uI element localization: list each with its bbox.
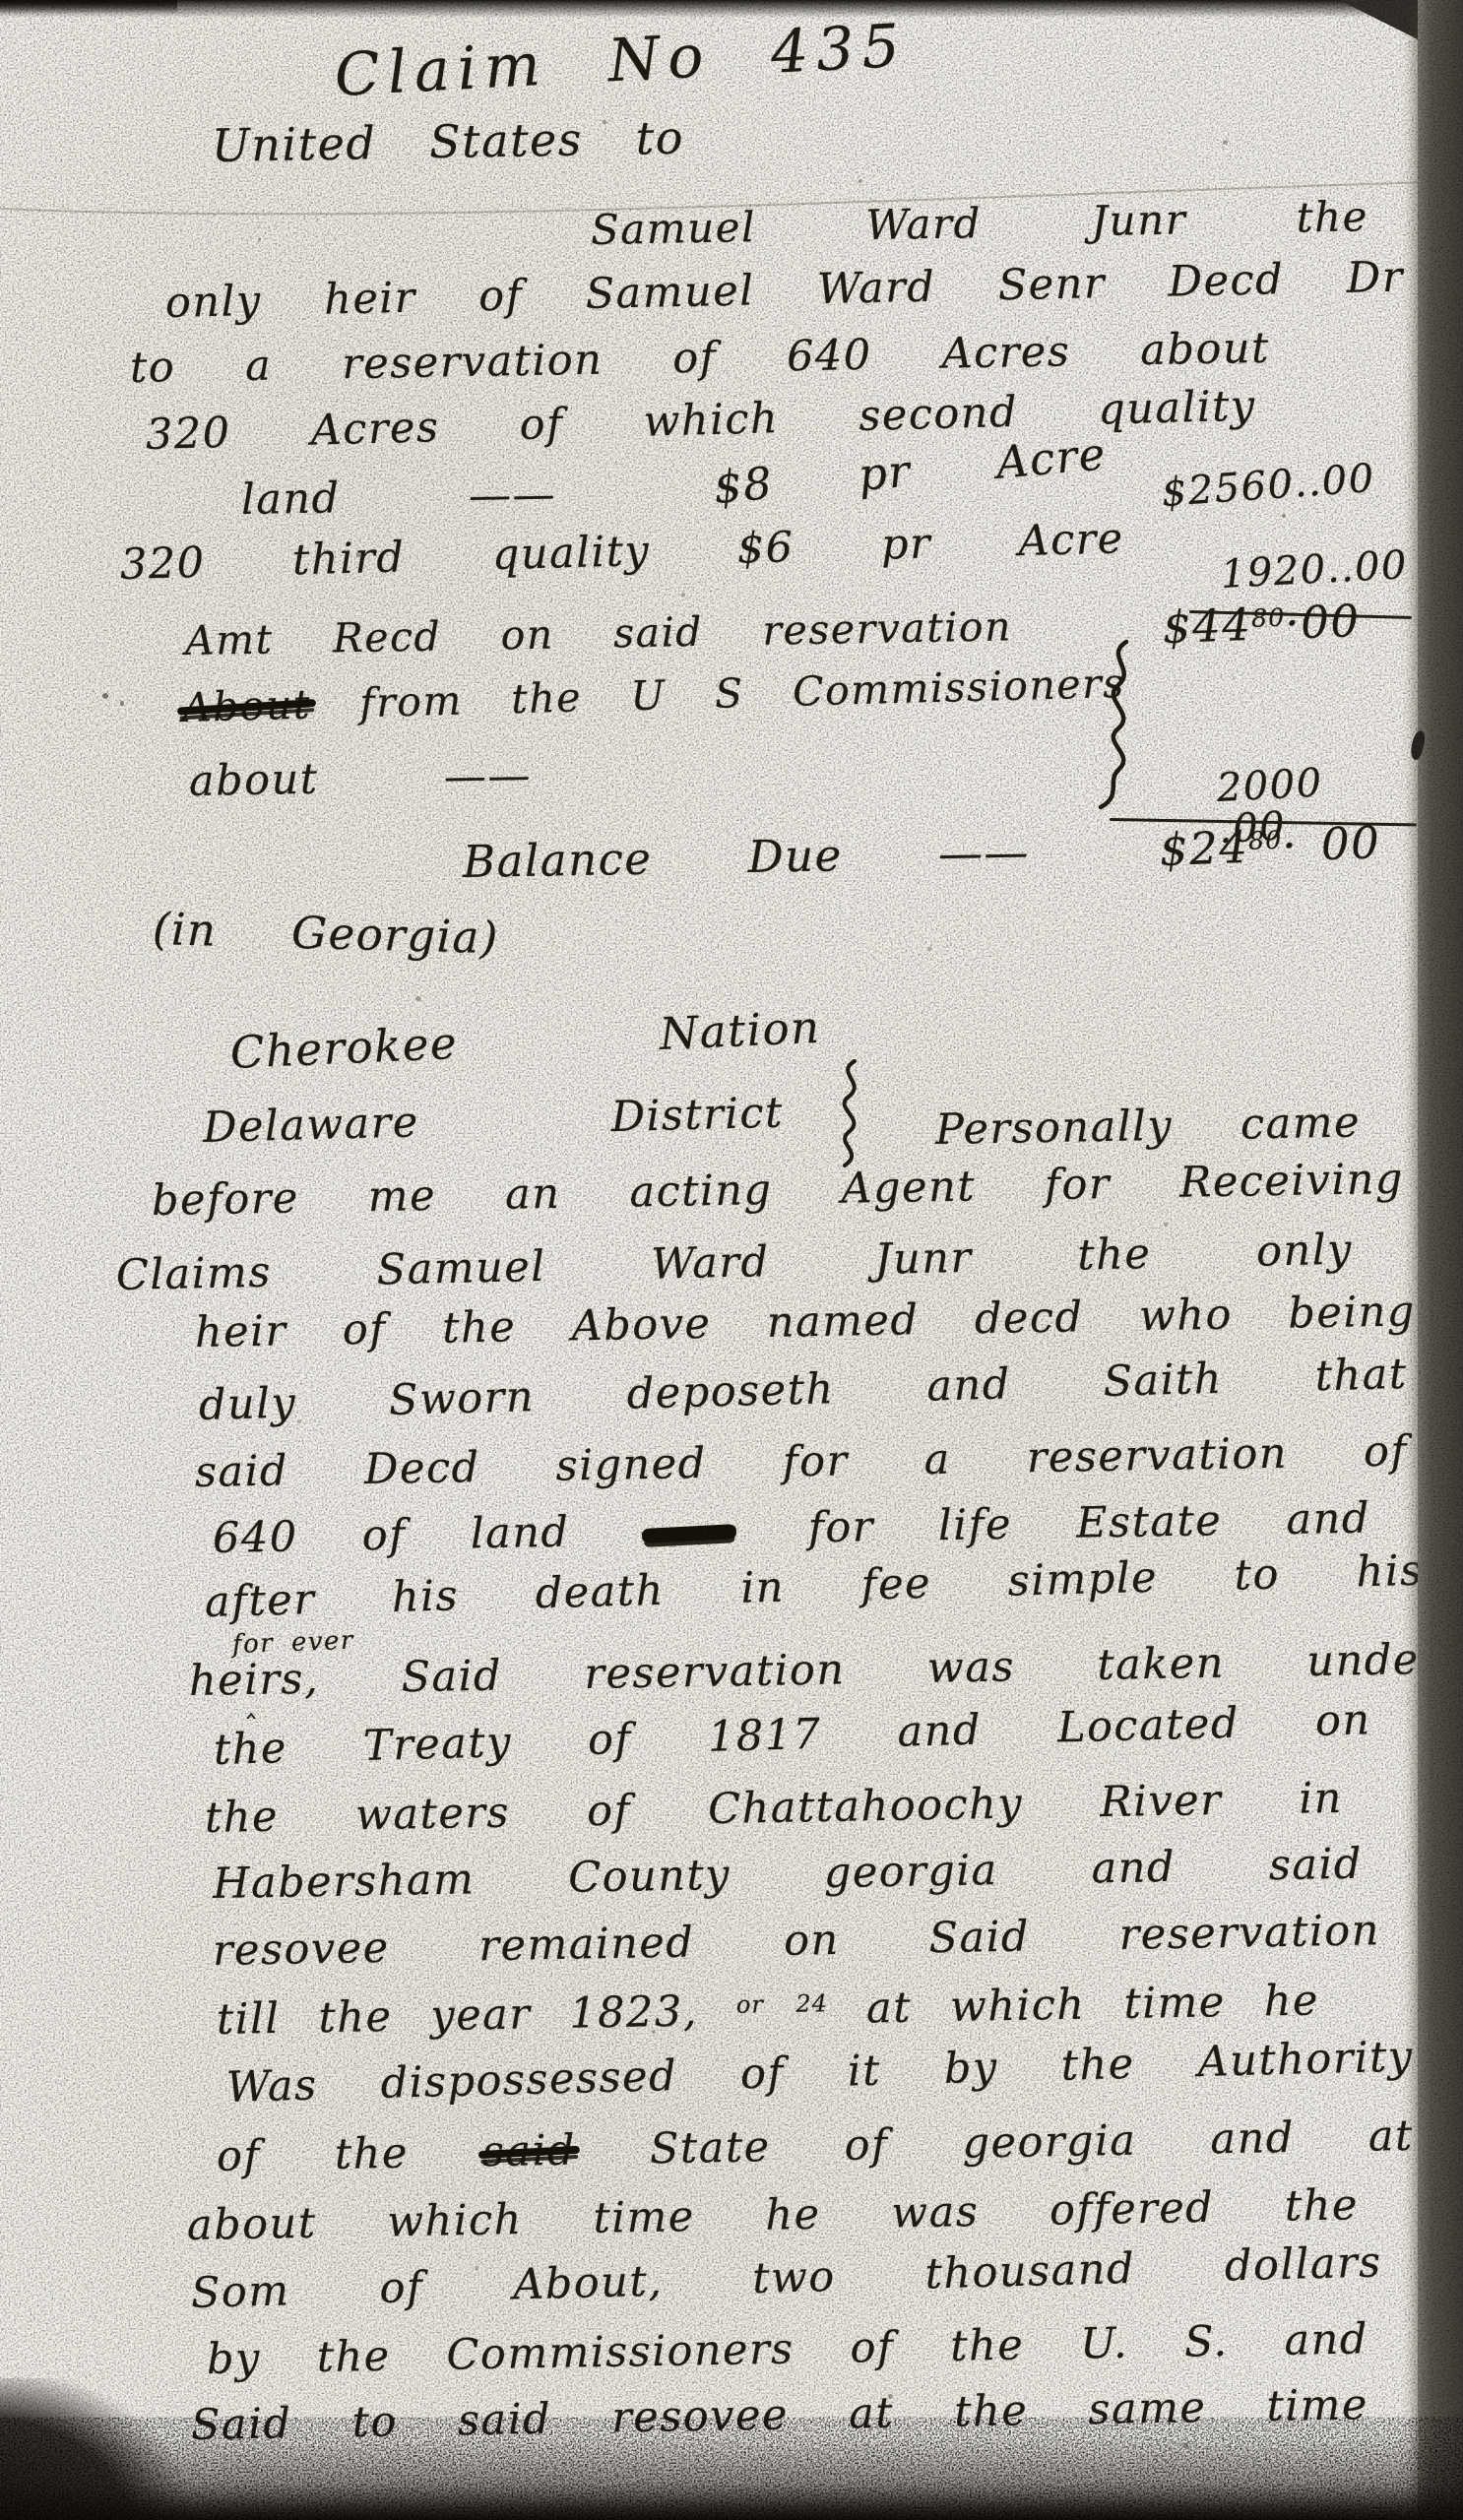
balance-amount: $2480· 00 bbox=[1159, 819, 1381, 873]
claim-number-line: Claim No 435 bbox=[333, 16, 909, 107]
curly-brace-icon bbox=[1095, 638, 1138, 813]
ink-speckle bbox=[238, 1872, 242, 1876]
affidavit-line: Was dispossessed of it by the Authority bbox=[225, 2035, 1414, 2110]
ink-speckle bbox=[1223, 140, 1228, 145]
affidavit-line: Personally came bbox=[935, 1101, 1362, 1153]
ink-speckle bbox=[512, 61, 517, 66]
scan-edge-top-wedge bbox=[1339, 0, 1430, 45]
ink-speckle bbox=[356, 553, 360, 557]
ink-speckle bbox=[1321, 1715, 1325, 1719]
received-line: About from the U S Commissioners bbox=[181, 662, 1125, 729]
brace-squiggle-icon bbox=[827, 1059, 870, 1169]
affidavit-line: about which time he was offered the bbox=[187, 2183, 1360, 2248]
ink-speckle bbox=[927, 947, 931, 951]
account-line: 320 third quality $6 pr Acre bbox=[119, 517, 1124, 588]
ink-speckle bbox=[475, 2266, 478, 2270]
affidavit-line: after his death in fee simple to his bbox=[204, 1549, 1424, 1626]
affidavit-line: the Treaty of 1817 and Located on bbox=[213, 1698, 1371, 1773]
about-label: about —— bbox=[189, 754, 533, 804]
ink-speckle bbox=[1046, 337, 1049, 340]
affidavit-line: said Decd signed for a reservation of bbox=[195, 1430, 1409, 1496]
affidavit-line: heir of the Above named decd who being bbox=[195, 1290, 1417, 1355]
ink-speckle bbox=[681, 593, 685, 597]
affidavit-line: the waters of Chattahoochy River in bbox=[205, 1777, 1344, 1841]
affidavit-line: Habersham County georgia and said bbox=[213, 1843, 1364, 1908]
scan-edge-bottom bbox=[0, 2436, 1463, 2520]
ink-speckle bbox=[888, 2394, 893, 2399]
ink-speckle bbox=[297, 1419, 301, 1423]
ink-speckle bbox=[415, 996, 421, 1001]
parties-line: United States to bbox=[212, 114, 685, 170]
balance-prefix: $24 bbox=[1159, 821, 1249, 876]
ink-speckle bbox=[120, 701, 124, 706]
scanned-document-page: Claim No 435 United States to Samuel War… bbox=[0, 0, 1463, 2520]
struck-word: About bbox=[181, 684, 311, 729]
affidavit-line: Claims Samuel Ward Junr the only bbox=[116, 1228, 1354, 1298]
affidavit-line: by the Commissioners of the U. S. and bbox=[207, 2317, 1369, 2382]
subtotal-superscript: 80 bbox=[1251, 603, 1286, 633]
affidavit-line: duly Sworn deposeth and Saith that bbox=[198, 1353, 1408, 1428]
claimant-line: only heir of Samuel Ward Senr Decd Dr bbox=[165, 256, 1405, 326]
venue-line: Delaware District bbox=[202, 1092, 784, 1152]
superscript-note: or 24 bbox=[736, 1989, 829, 2019]
line-text: for life Estate and bbox=[808, 1493, 1371, 1552]
affidavit-line: heirs, Said reservation was taken under bbox=[189, 1638, 1442, 1704]
line-text: of the bbox=[217, 2129, 410, 2181]
ink-speckle bbox=[1282, 514, 1286, 518]
ink-speckle bbox=[750, 1036, 753, 1039]
ink-speckle bbox=[868, 1597, 872, 1601]
land-label: land —— bbox=[241, 472, 557, 523]
subtotal-prefix: $44 bbox=[1162, 598, 1252, 654]
received-line: Amt Recd on said reservation bbox=[185, 605, 1013, 662]
balance-cents: · 00 bbox=[1281, 816, 1381, 871]
scribbled-out-word bbox=[641, 1524, 736, 1543]
affidavit-line: till the year 1823, or 24 at which time … bbox=[217, 1979, 1320, 2043]
ink-speckle bbox=[1085, 2168, 1089, 2172]
scan-edge-right bbox=[1418, 0, 1463, 2520]
amount-value: 1920..00 bbox=[1220, 545, 1399, 596]
scan-edge-top-left bbox=[0, 0, 177, 14]
subtotal-amount: $4480·00 bbox=[1162, 598, 1361, 651]
affidavit-line: resovee remained on Said reservation bbox=[213, 1909, 1381, 1974]
affidavit-line: before me an acting Agent for Receiving bbox=[152, 1158, 1405, 1224]
ink-speckle bbox=[1164, 1223, 1168, 1227]
received-text: from the U S Commissioners bbox=[359, 660, 1125, 726]
line-text: 640 of land bbox=[213, 1508, 570, 1563]
affidavit-line: Som of About, two thousand dollars bbox=[190, 2240, 1382, 2316]
struck-word: said bbox=[482, 2129, 577, 2175]
ink-speckle bbox=[258, 238, 261, 241]
ink-speckle bbox=[603, 120, 606, 124]
location-note: (in Georgia) bbox=[152, 906, 499, 961]
account-line: to a reservation of 640 Acres about bbox=[130, 327, 1271, 391]
line-text: State of georgia and at bbox=[650, 2111, 1415, 2174]
balance-label: Balance Due —— bbox=[463, 829, 1031, 885]
ink-speckle bbox=[551, 868, 556, 873]
balance-superscript: 80 bbox=[1248, 826, 1283, 855]
scan-edge-top bbox=[0, 0, 1463, 18]
affidavit-line: of the said State of georgia and at bbox=[217, 2114, 1415, 2179]
line-text: at which time he bbox=[866, 1976, 1320, 2033]
ink-speckle bbox=[652, 2030, 656, 2034]
venue-line: Cherokee Nation bbox=[229, 1004, 821, 1076]
ink-speckle bbox=[859, 179, 862, 183]
claimant-line: Samuel Ward Junr the bbox=[591, 195, 1369, 252]
ink-speckle bbox=[102, 693, 108, 699]
subtotal-cents: ·00 bbox=[1284, 595, 1361, 650]
line-text: till the year 1823, bbox=[217, 1986, 699, 2045]
amount-value: $2560..00 bbox=[1161, 455, 1424, 514]
